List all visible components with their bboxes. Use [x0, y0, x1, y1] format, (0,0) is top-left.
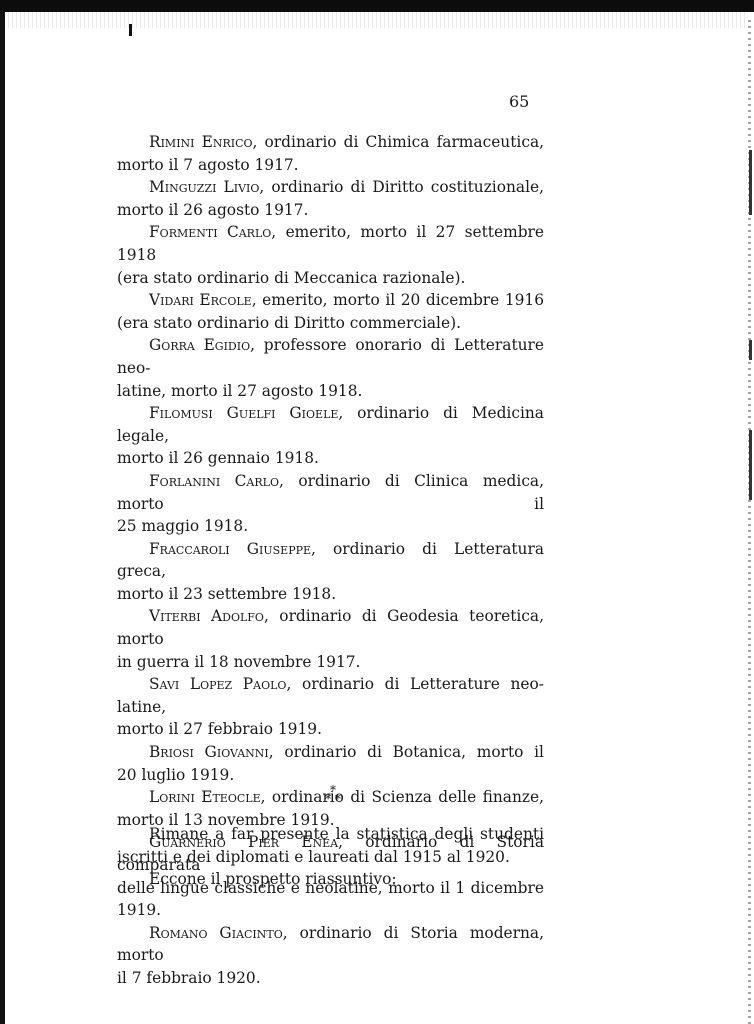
- entry: Viterbi Adolfo, ordinario di Geodesia te…: [117, 605, 544, 673]
- entry: Rimini Enrico, ordinario di Chimica farm…: [117, 131, 544, 176]
- person-name: Vidari Ercole: [149, 291, 252, 309]
- person-name: Briosi Giovanni: [149, 743, 269, 761]
- person-name: Formenti Carlo: [149, 223, 271, 241]
- person-name: Forlanini Carlo: [149, 472, 279, 490]
- asterism-separator: * * *: [318, 786, 348, 804]
- closing-paragraphs: Rimane a far presente la statistica degl…: [117, 823, 544, 891]
- scan-right-mark: [749, 430, 752, 500]
- scan-right-mark: [749, 150, 752, 215]
- person-name: Savi Lopez Paolo: [149, 675, 286, 693]
- person-name: Romano Giacinto: [149, 924, 283, 942]
- person-name: Viterbi Adolfo: [149, 607, 264, 625]
- entry: Savi Lopez Paolo, ordinario di Letteratu…: [117, 673, 544, 741]
- entry: Forlanini Carlo, ordinario di Clinica me…: [117, 470, 544, 538]
- closing-line: Rimane a far presente la statistica degl…: [117, 823, 544, 846]
- person-name: Filomusi Guelfi Gioele: [149, 404, 338, 422]
- entry: Minguzzi Livio, ordinario di Diritto cos…: [117, 176, 544, 221]
- entry: Fraccaroli Giuseppe, ordinario di Letter…: [117, 538, 544, 606]
- closing-line: Eccone il prospetto riassuntivo:: [117, 868, 544, 891]
- entry: Filomusi Guelfi Gioele, ordinario di Med…: [117, 402, 544, 470]
- person-name: Minguzzi Livio: [149, 178, 259, 196]
- scan-right-mark: [749, 340, 752, 360]
- page-number: 65: [509, 92, 529, 112]
- entry: Gorra Egidio, professore onorario di Let…: [117, 334, 544, 402]
- entry: Vidari Ercole, emerito, morto il 20 dice…: [117, 289, 544, 334]
- person-name: Fraccaroli Giuseppe: [149, 540, 311, 558]
- scan-left-edge: [0, 10, 5, 1024]
- person-name: Rimini Enrico: [149, 133, 253, 151]
- person-name: Lorini Eteocle: [149, 788, 261, 806]
- entry: Formenti Carlo, emerito, morto il 27 set…: [117, 221, 544, 289]
- entry: Romano Giacinto, ordinario di Storia mod…: [117, 922, 544, 990]
- entry: Briosi Giovanni, ordinario di Botanica, …: [117, 741, 544, 786]
- scan-mark: [129, 24, 132, 36]
- scan-top-noise: [8, 10, 748, 28]
- closing-line: iscritti e dei diplomati e laureati dal …: [117, 846, 544, 869]
- person-name: Gorra Egidio: [149, 336, 250, 354]
